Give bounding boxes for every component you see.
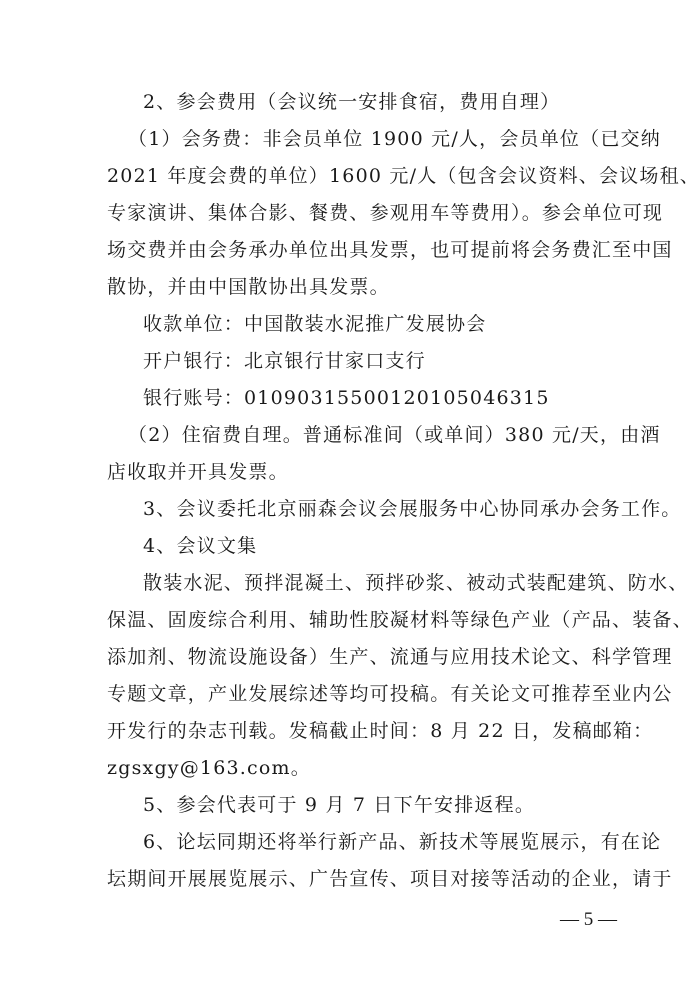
fee-item-1: （1）会务费：非会员单位 1900 元/人，会员单位（已交纳	[128, 127, 658, 151]
page-number: — 5 —	[560, 908, 617, 932]
bank-line: 开户银行：北京银行甘家口支行	[143, 349, 673, 373]
paragraph-line: 散协，并由中国散协出具发票。	[107, 275, 637, 299]
section-2-heading: 2、参会费用（会议统一安排食宿，费用自理）	[143, 90, 673, 114]
section-4-heading: 4、会议文集	[143, 534, 673, 558]
section-5: 5、参会代表可于 9 月 7 日下午安排返程。	[143, 793, 673, 817]
fee-item-2: （2）住宿费自理。普通标准间（或单间）380 元/天，由酒	[128, 423, 658, 447]
paragraph-line: 坛期间开展展览展示、广告宣传、项目对接等活动的企业，请于	[107, 867, 637, 891]
paragraph-line: 场交费并由会务承办单位出具发票，也可提前将会务费汇至中国	[107, 238, 637, 262]
email-line: zgsxgy@163.com。	[107, 756, 637, 780]
paragraph-line: 店收取并开具发票。	[107, 460, 637, 484]
section-3: 3、会议委托北京丽森会议会展服务中心协同承办会务工作。	[143, 497, 673, 521]
section-6: 6、论坛同期还将举行新产品、新技术等展览展示，有在论	[143, 830, 673, 854]
paragraph-line: 2021 年度会费的单位）1600 元/人（包含会议资料、会议场租、	[107, 164, 637, 188]
payee-line: 收款单位：中国散装水泥推广发展协会	[143, 312, 673, 336]
paragraph-line: 保温、固废综合利用、辅助性胶凝材料等绿色产业（产品、装备、	[107, 608, 637, 632]
paragraph-line: 专题文章，产业发展综述等均可投稿。有关论文可推荐至业内公	[107, 682, 637, 706]
paragraph-line: 开发行的杂志刊载。发稿截止时间：8 月 22 日，发稿邮箱：	[107, 719, 637, 743]
paragraph-line: 添加剂、物流设施设备）生产、流通与应用技术论文、科学管理	[107, 645, 637, 669]
document-page: 2、参会费用（会议统一安排食宿，费用自理） （1）会务费：非会员单位 1900 …	[0, 0, 700, 990]
account-number-line: 银行账号：01090315500120105046315	[143, 386, 673, 410]
paragraph-line: 专家演讲、集体合影、餐费、参观用车等费用）。参会单位可现	[107, 201, 637, 225]
paragraph-line: 散装水泥、预拌混凝土、预拌砂浆、被动式装配建筑、防水、	[143, 571, 673, 595]
